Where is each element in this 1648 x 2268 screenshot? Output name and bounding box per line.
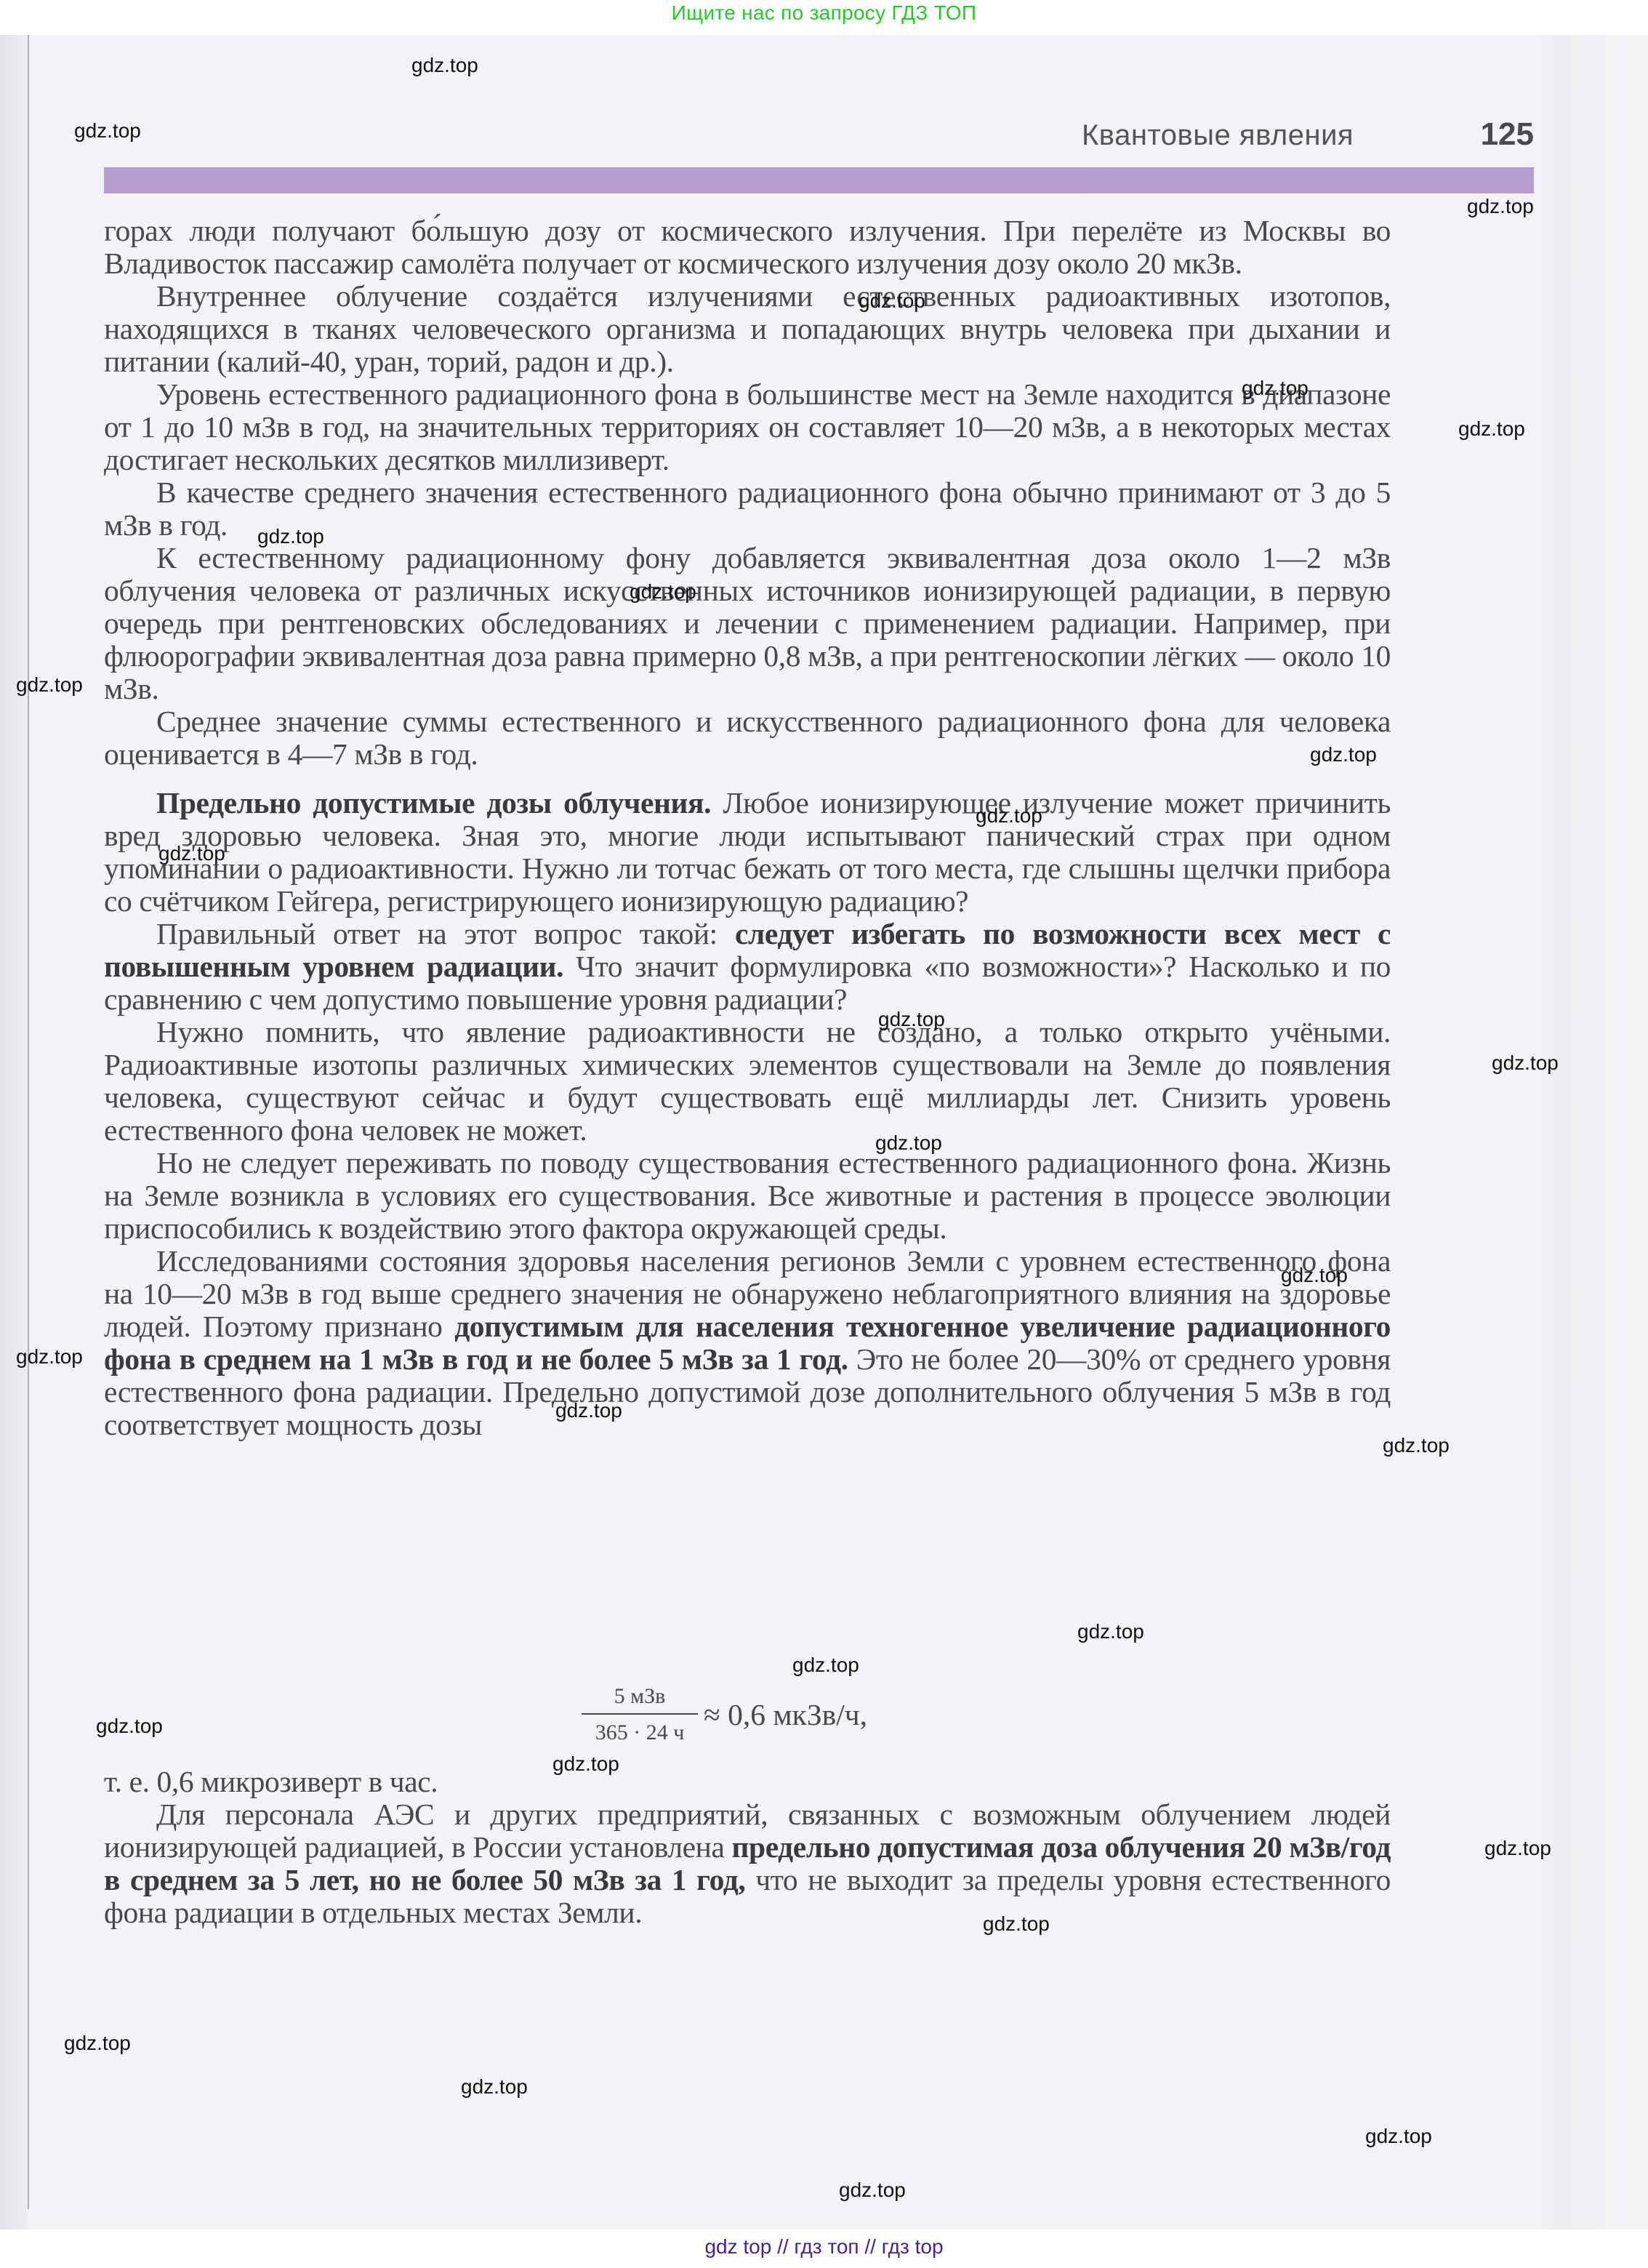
watermark: gdz.top [411, 54, 478, 77]
watermark: gdz.top [74, 119, 141, 143]
fraction-numerator: 5 мЗв [608, 1684, 672, 1713]
chapter-title: Квантовые явления [1082, 119, 1354, 152]
text-block-1: горах люди получают бо́льшую дозу от кос… [104, 215, 1391, 1441]
running-head: Квантовые явления 125 [1076, 119, 1534, 163]
watermark: gdz.top [1281, 1264, 1348, 1287]
watermark: gdz.top [1458, 417, 1525, 441]
page-number: 125 [1481, 116, 1534, 153]
watermark: gdz.top [1383, 1434, 1450, 1457]
scanned-page: Квантовые явления 125 горах люди получаю… [0, 35, 1648, 2229]
paragraph: Уровень естественного радиационного фона… [104, 378, 1391, 476]
paragraph: Исследованиями состояния здоровья населе… [104, 1245, 1391, 1441]
watermark: gdz.top [983, 1912, 1050, 1936]
paragraph: К естественному радиационному фону добав… [104, 542, 1391, 705]
watermark: gdz.top [461, 2075, 528, 2099]
header-color-bar [104, 167, 1534, 193]
watermark: gdz.top [257, 525, 324, 548]
watermark: gdz.top [976, 804, 1042, 828]
watermark: gdz.top [1310, 743, 1377, 766]
paragraph: Для персонала АЭС и других предприятий, … [104, 1798, 1391, 1929]
paragraph: Внутреннее облучение создаётся излучения… [104, 280, 1391, 378]
paragraph: т. е. 0,6 микрозиверт в час. [104, 1766, 1391, 1798]
watermark: gdz.top [1242, 377, 1309, 400]
watermark: gdz.top [1484, 1837, 1551, 1860]
formula-result: ≈ 0,6 мкЗв/ч, [704, 1697, 867, 1732]
watermark: gdz.top [630, 580, 696, 604]
bottom-banner: gdz top // гдз топ // гдз top [0, 2229, 1648, 2268]
watermark: gdz.top [792, 1654, 859, 1677]
watermark: gdz.top [552, 1752, 619, 1776]
watermark: gdz.top [1365, 2125, 1432, 2148]
watermark: gdz.top [555, 1399, 622, 1422]
fraction-denominator: 365 · 24 ч [595, 1715, 685, 1745]
watermark: gdz.top [16, 1345, 83, 1369]
watermark: gdz.top [1492, 1051, 1559, 1075]
paragraph: Нужно помнить, что явление радиоактивнос… [104, 1016, 1391, 1147]
page-content: Квантовые явления 125 горах люди получаю… [0, 35, 1648, 2229]
top-banner-text[interactable]: Ищите нас по запросу ГДЗ ТОП [672, 1, 977, 25]
bottom-banner-links[interactable]: gdz top // гдз топ // гдз top [704, 2235, 943, 2259]
paragraph: Но не следует переживать по поводу сущес… [104, 1147, 1391, 1245]
watermark: gdz.top [1077, 1620, 1144, 1643]
watermark: gdz.top [859, 289, 925, 313]
dose-rate-formula: 5 мЗв 365 · 24 ч ≈ 0,6 мкЗв/ч, [582, 1671, 867, 1758]
top-banner: Ищите нас по запросу ГДЗ ТОП [0, 0, 1648, 35]
watermark: gdz.top [96, 1715, 163, 1738]
watermark: gdz.top [875, 1131, 942, 1155]
section-heading: Предельно допустимые дозы облучения. [156, 786, 711, 820]
watermark: gdz.top [16, 673, 83, 697]
watermark: gdz.top [1467, 195, 1534, 218]
text-block-2: т. е. 0,6 микрозиверт в час. Для персона… [104, 1766, 1391, 1929]
watermark: gdz.top [64, 2032, 131, 2055]
watermark: gdz.top [158, 842, 225, 865]
watermark: gdz.top [878, 1008, 945, 1031]
paragraph-section-heading: Предельно допустимые дозы облучения. Люб… [104, 787, 1391, 918]
paragraph: Правильный ответ на этот вопрос такой: с… [104, 918, 1391, 1016]
paragraph: Среднее значение суммы естественного и и… [104, 705, 1391, 771]
paragraph: горах люди получают бо́льшую дозу от кос… [104, 215, 1391, 280]
watermark: gdz.top [839, 2179, 906, 2202]
fraction: 5 мЗв 365 · 24 ч [582, 1684, 698, 1745]
